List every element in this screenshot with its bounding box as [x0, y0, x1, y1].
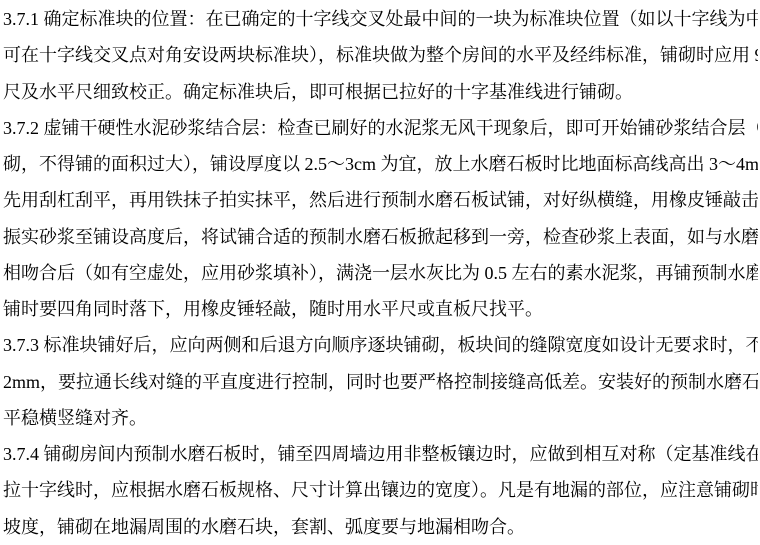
- text-line: 平稳横竖缝对齐。: [3, 400, 758, 436]
- paragraph-3-7-4: 3.7.4 铺砌房间内预制水磨石板时，铺至四周墙边用非整板镶边时，应做到相互对称…: [3, 436, 758, 545]
- paragraph-3-7-2: 3.7.2 虚铺干硬性水泥砂浆结合层：检查已刷好的水泥浆无风干现象后，即可开始铺…: [3, 110, 758, 328]
- text-line: 尺及水平尺细致校正。确定标准块后，即可根据已拉好的十字基准线进行铺砌。: [3, 74, 758, 110]
- text-line: 2mm，要拉通长线对缝的平直度进行控制，同时也要严格控制接缝高低差。安装好的预制…: [3, 364, 758, 400]
- text-line: 可在十字线交叉点对角安设两块标准块），标准块做为整个房间的水平及经纬标准，铺砌时…: [3, 37, 758, 73]
- text-line: 3.7.3 标准块铺好后，应向两侧和后退方向顺序逐块铺砌，板块间的缝隙宽度如设计…: [3, 327, 758, 363]
- text-line: 砌，不得铺的面积过大），铺设厚度以 2.5～3cm 为宜，放上水磨石板时比地面标…: [3, 146, 758, 182]
- text-line: 3.7.1 确定标准块的位置：在已确定的十字线交叉处最中间的一块为标准块位置（如…: [3, 1, 758, 37]
- document-page: 3.7.1 确定标准块的位置：在已确定的十字线交叉处最中间的一块为标准块位置（如…: [0, 0, 760, 545]
- text-line: 先用刮杠刮平，再用铁抹子拍实抹平，然后进行预制水磨石板试铺，对好纵横缝，用橡皮锤…: [3, 182, 758, 218]
- text-line: 拉十字线时，应根据水磨石板规格、尺寸计算出镶边的宽度）。凡是有地漏的部位，应注意…: [3, 472, 758, 508]
- paragraph-3-7-3: 3.7.3 标准块铺好后，应向两侧和后退方向顺序逐块铺砌，板块间的缝隙宽度如设计…: [3, 327, 758, 436]
- text-line: 3.7.2 虚铺干硬性水泥砂浆结合层：检查已刷好的水泥浆无风干现象后，即可开始铺…: [3, 110, 758, 146]
- text-line: 振实砂浆至铺设高度后，将试铺合适的预制水磨石板掀起移到一旁，检查砂浆上表面，如与…: [3, 219, 758, 255]
- paragraph-3-7-1: 3.7.1 确定标准块的位置：在已确定的十字线交叉处最中间的一块为标准块位置（如…: [3, 1, 758, 110]
- text-line: 相吻合后（如有空虚处，应用砂浆填补），满浇一层水灰比为 0.5 左右的素水泥浆，…: [3, 255, 758, 291]
- text-line: 铺时要四角同时落下，用橡皮锤轻敲，随时用水平尺或直板尺找平。: [3, 291, 758, 327]
- text-line: 坡度，铺砌在地漏周围的水磨石块，套割、弧度要与地漏相吻合。: [3, 509, 758, 545]
- text-line: 3.7.4 铺砌房间内预制水磨石板时，铺至四周墙边用非整板镶边时，应做到相互对称…: [3, 436, 758, 472]
